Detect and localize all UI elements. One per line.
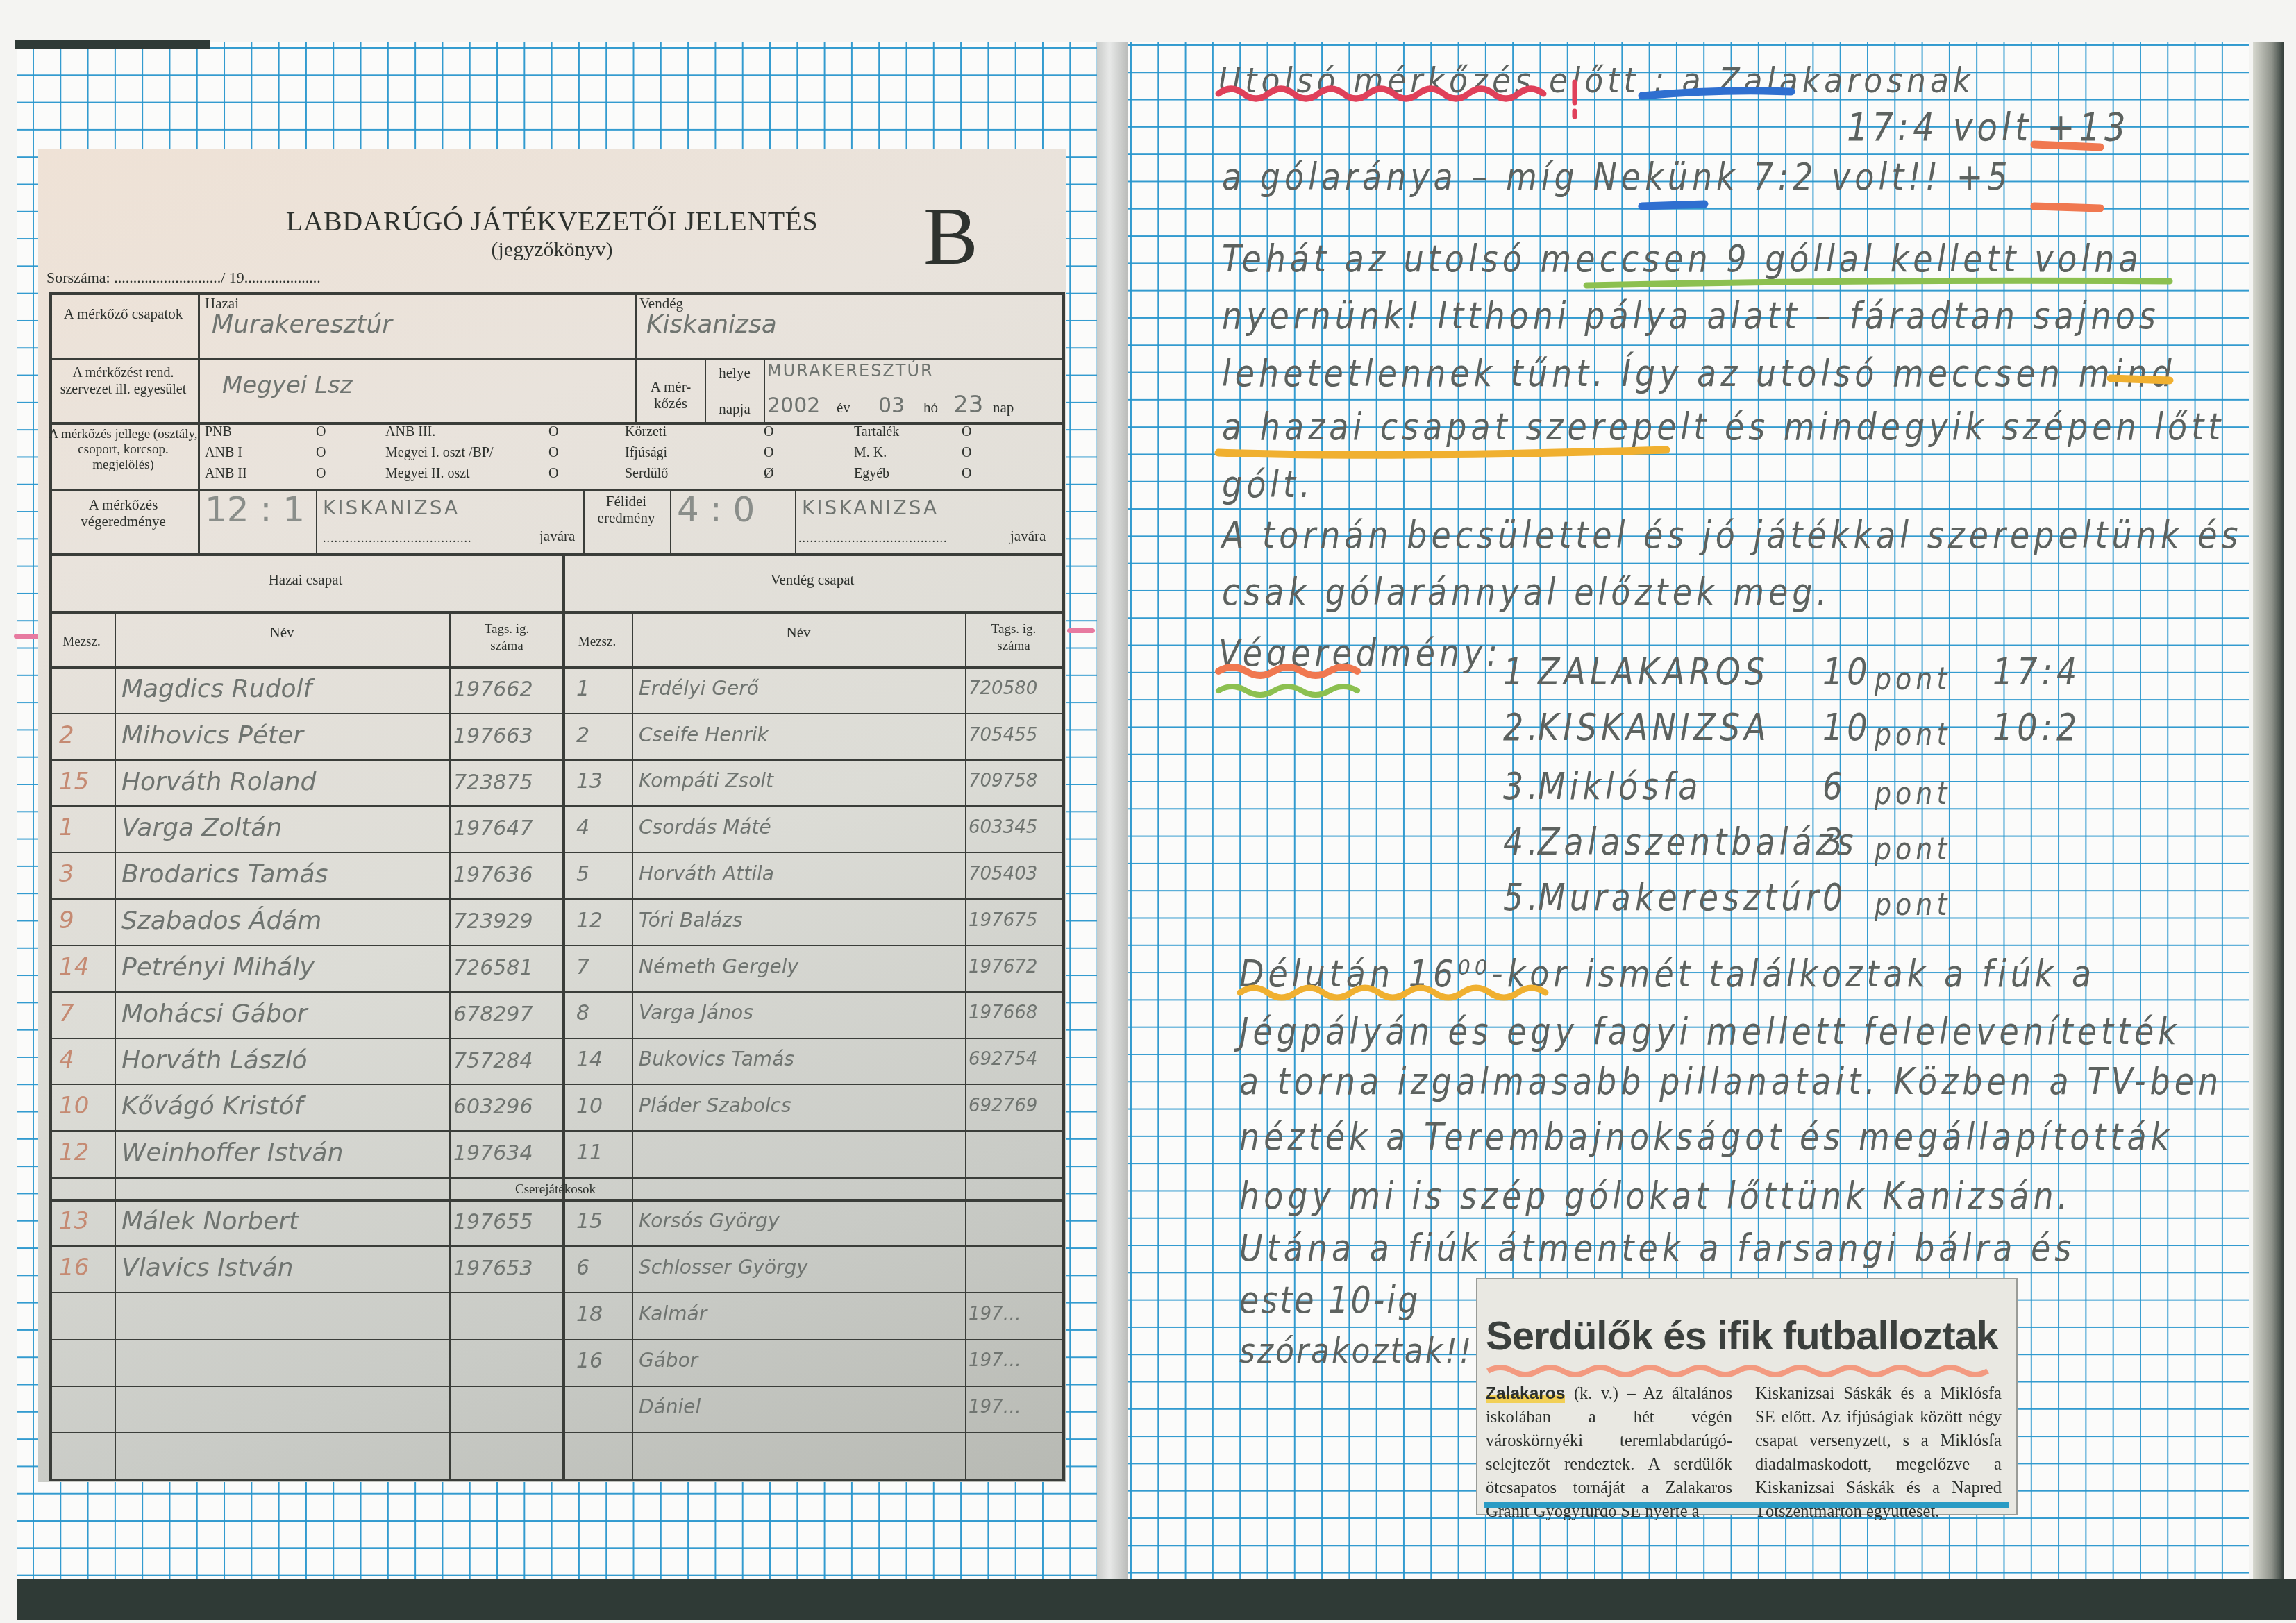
clipping-col1-text: – Az általános iskolában a hét végén vár…: [1486, 1384, 1732, 1521]
clipping-author: (k. v.): [1574, 1384, 1618, 1403]
clipping-underline: [1484, 1363, 2012, 1379]
newspaper-clipping: Serdülők és ifik futballoztak Zalakaros …: [1476, 1278, 2018, 1515]
clipping-bottom-rule: [1484, 1502, 2009, 1508]
clipping-place: Zalakaros: [1486, 1384, 1565, 1403]
clipping-headline: Serdülők és ifik futballoztak: [1486, 1313, 1998, 1359]
